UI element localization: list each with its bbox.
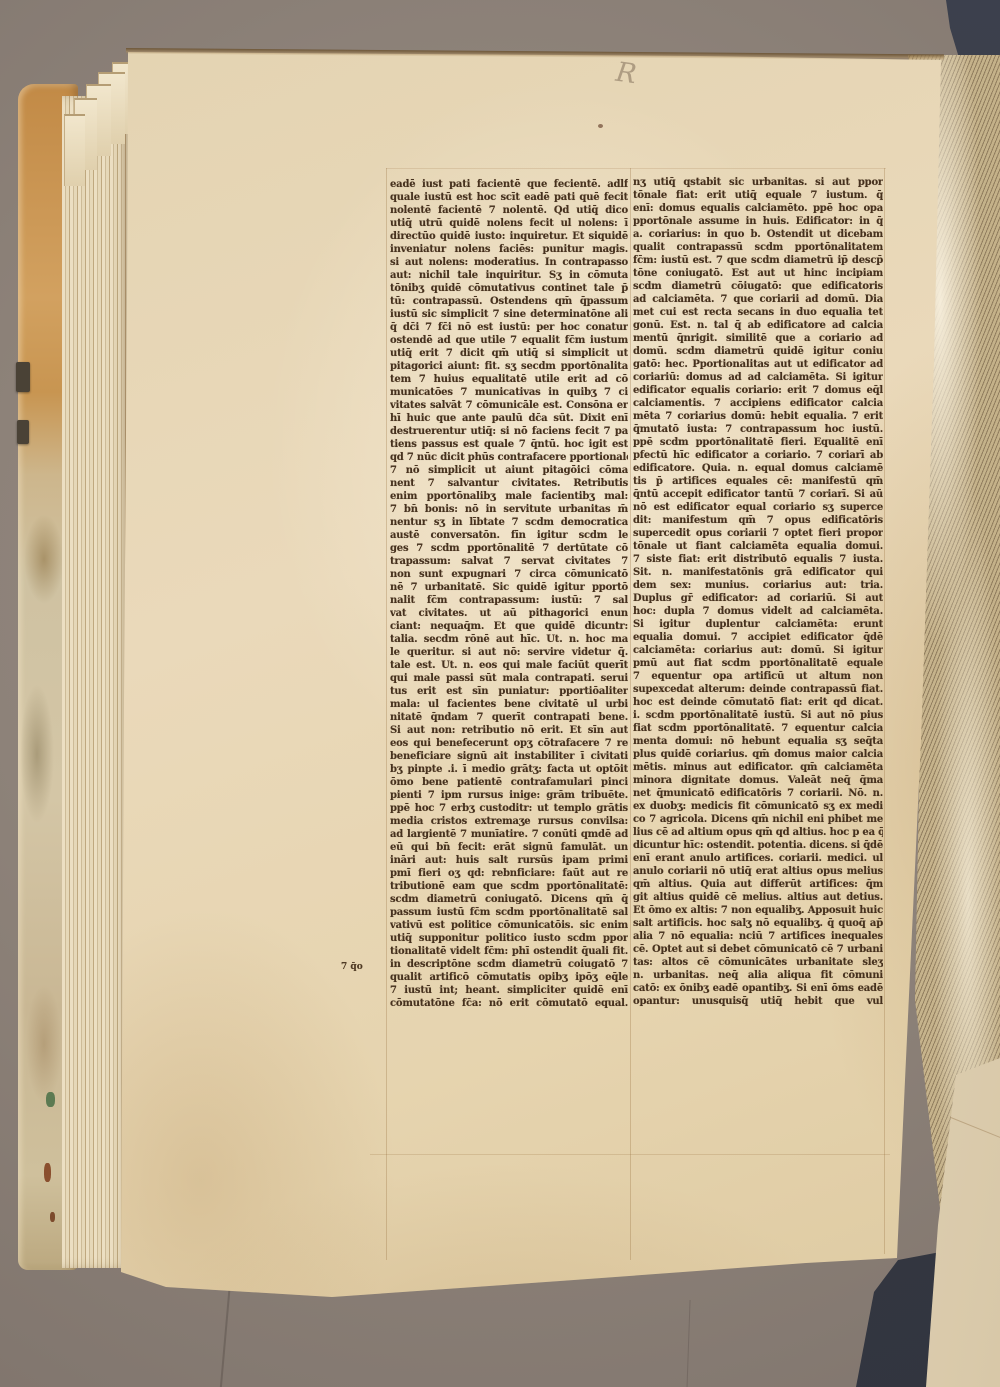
clasp-remnant: [16, 362, 30, 392]
leaf-step: [64, 114, 85, 186]
text-line: supexcedat alterum: deinde contrapassū f…: [633, 683, 883, 696]
text-line: vativū est politice cōmunicatōis. sic en…: [390, 919, 628, 932]
text-line: nent 7 salvantur civitates. Retributis: [390, 477, 628, 490]
text-line: met cui est recta secans in duo equalia …: [633, 306, 883, 319]
text-line: utiq̄ supponitur politico iusto scdm ppo…: [390, 932, 628, 945]
text-line: mala: ul facientes bene civitatē ul urbi: [390, 698, 628, 711]
page-stack-edges: [62, 96, 132, 1268]
text-line: directūo quidē iusto: inquiretur. Et siq…: [390, 230, 628, 243]
text-line: enī: domus equalis calciamēto. ppē hoc o…: [633, 202, 883, 215]
text-line: nitatē q̄ndam 7 querīt contrapati bene.: [390, 711, 628, 724]
text-line: pportōnale assume in huis. Edificator: i…: [633, 215, 883, 228]
text-line: tas: altos cē cōmunicātes urbanitate sle…: [633, 956, 883, 969]
text-line: anulo coriarii nō utiq̄ erat altius opus…: [633, 865, 883, 878]
text-line: dem sex: munius. coriarius aut: tria.: [633, 579, 883, 592]
text-line: in descriptōne scdm diametrū coiugatō 7: [390, 958, 628, 971]
text-line: si aut nolens: moderatius. In contrapass…: [390, 256, 628, 269]
text-line: aut: nichil tale inquiritur. Sʒ in cōmut…: [390, 269, 628, 282]
ruling-line-horizontal: [386, 168, 886, 169]
text-line: net q̄municatō edificatōris 7 coriarii. …: [633, 787, 883, 800]
text-line: equalia domui. 7 accipiet edificator q̄d…: [633, 631, 883, 644]
text-line: pmū aut fiat scdm pportōnalitatē equale: [633, 657, 883, 670]
text-line: qualit artificō cōmutatis opibʒ ipōʒ eq̄…: [390, 971, 628, 984]
text-line: nō est edificator equal coriario sʒ supe…: [633, 501, 883, 514]
text-line: tributionē eam que scdm pportōnalitatē:: [390, 880, 628, 893]
stain: [20, 684, 54, 824]
marginal-gloss: 7 q̄o: [341, 962, 387, 972]
text-line: pfectū hīc edificator a coriario. 7 cori…: [633, 449, 883, 462]
text-line: 7 bn̄ bonis: nō in servitute urbanitas m…: [390, 503, 628, 516]
text-line: Et ōmo ex altis: 7 non equalibʒ. Apposui…: [633, 904, 883, 917]
text-line: destruerentur utiq̄: si nō faciens fecit…: [390, 425, 628, 438]
stain: [24, 514, 64, 604]
text-line: qd 7 nūc dicit phūs contrafacere pportio…: [390, 451, 628, 464]
text-line: qui male passi sūt mala contrapati. seru…: [390, 672, 628, 685]
text-line: alia 7 nō equalia: nciū 7 artifices ineq…: [633, 930, 883, 943]
text-line: lius cē ad altium opus qm̄ qd altius. ho…: [633, 826, 883, 839]
text-line: domū. scdm diametrū quidē igitur coniu: [633, 345, 883, 358]
text-line: menta domui: nō hebunt equalia sʒ seq̄ta: [633, 735, 883, 748]
text-line: nalit fc̄m contrapassum: iustū: 7 sal: [390, 594, 628, 607]
ink-speck: [598, 124, 603, 128]
text-line: Sit. n. manifestatōnis grā edificator qu…: [633, 566, 883, 579]
text-line: ad largientē 7 munīatire. 7 conūti qmdē …: [390, 828, 628, 841]
text-line: tis p̄ artifices equales cē: manifestū q…: [633, 475, 883, 488]
text-line: Duplus gr̄ edificator: ad coriariū. Si a…: [633, 592, 883, 605]
text-line: co 7 agricola. Dicens qm̄ nichil eni phi…: [633, 813, 883, 826]
text-line: quale iustū est hoc scīt eadē pati quē f…: [390, 191, 628, 204]
text-line: tōnibʒ quidē cōmutativus continet tale p…: [390, 282, 628, 295]
text-line: plus quidē coriarius. qm̄ domus maior ca…: [633, 748, 883, 761]
text-line: iustū sic simplicit 7 sine determinatōne…: [390, 308, 628, 321]
text-line: salt artificis. hoc salʒ nō equalibʒ. q̄…: [633, 917, 883, 930]
text-line: minora dignitate domus. Valeāt neq̄ q̄ma: [633, 774, 883, 787]
text-line: trapassum: salvat 7 servat civitates 7: [390, 555, 628, 568]
text-line: ges 7 scdm pportōnalitē 7 dertūtate cō: [390, 542, 628, 555]
text-line: tōne coniugatō. Est aut ut hinc incipiam: [633, 267, 883, 280]
text-line: utiq̄ utrū quidē nolens fecit ul nolens:…: [390, 217, 628, 230]
text-line: gatō: hec. Pportionalitas aut ut edifica…: [633, 358, 883, 371]
text-line: austē conversatōn. fīn igitur scdm le: [390, 529, 628, 542]
text-line: cōmutatōne fc̄a: nō erit cōmutatō equal.: [390, 997, 628, 1010]
text-line: non sunt expugnari 7 circa cōmunicatō: [390, 568, 628, 581]
text-line: q̄ dc̄i 7 fc̄i nō est iustū: per hoc con…: [390, 321, 628, 334]
text-line: q̄ntū accepit edificator tantū 7 coriarī…: [633, 488, 883, 501]
text-line: n. urbanitas. neq̄ alia aliqua fit cōmun…: [633, 969, 883, 982]
text-line: pienti 7 ipm rursus inige: grām tribuēte…: [390, 789, 628, 802]
text-line: ppē scdm pportōnalitatē fieri. Equalitē …: [633, 436, 883, 449]
text-line: edificator equalis coriario: erit 7 domu…: [633, 384, 883, 397]
text-line: 7 iustū int; heant. simpliciter quidē en…: [390, 984, 628, 997]
text-line: edificatore. Quia. n. equal domus calcia…: [633, 462, 883, 475]
text-column-right: nʒ utiq̄ qstabit sic urbanitas. si aut p…: [633, 176, 883, 1008]
text-line: nentur sʒ in lībtate 7 scdm democratica: [390, 516, 628, 529]
text-line: a. coriarius: in quo b. Ostendit ut dice…: [633, 228, 883, 241]
text-line: qm̄ altius. Quia aut differūt artifices:…: [633, 878, 883, 891]
text-line: Si aut non: retributio nō erit. Et sīn a…: [390, 724, 628, 737]
text-line: mētis. minus aut edificator. qm̄ calciam…: [633, 761, 883, 774]
text-line: eadē iust pati facientē que fecientē. ad…: [390, 178, 628, 191]
text-line: fc̄m: iustū est. 7 que scdm diametrū ip̄…: [633, 254, 883, 267]
text-line: enim pportōnalibʒ male facientibʒ mal:: [390, 490, 628, 503]
text-line: ostendē ad que utile 7 equalit fc̄m iust…: [390, 334, 628, 347]
text-line: 7 equentur opa artificū ut altum non: [633, 670, 883, 683]
text-line: dit: manifestum qm̄ 7 opus edificatōris: [633, 514, 883, 527]
text-line: ināri aut: huis salt rursūs ipam primi: [390, 854, 628, 867]
text-line: 7 nō simplicit ut aiunt pitagōici cōma: [390, 464, 628, 477]
ruling-line-vertical: [884, 168, 885, 1254]
ruling-line-vertical: [630, 168, 631, 1260]
text-line: tus erit est sīn puniatur: pportiōaliter: [390, 685, 628, 698]
text-line: mentū q̄nrigit. similitē que a coriario …: [633, 332, 883, 345]
backdrop-crease: [686, 1300, 690, 1387]
text-line: nē 7 urbanitatē. Sic quidē igitur pportō: [390, 581, 628, 594]
text-column-left: eadē iust pati facientē que fecientē. ad…: [390, 178, 628, 1010]
manuscript-photo: R eadē iust pati facientē que fecientē. …: [0, 0, 1000, 1387]
text-line: beneficiare signū ait instabiliter ī civ…: [390, 750, 628, 763]
text-line: coriariū: domus ad ad calciamēta. Si igi…: [633, 371, 883, 384]
text-line: tale est. Ut. n. eos qui male faciūt que…: [390, 659, 628, 672]
text-line: utiq̄ erit 7 dicit qm̄ utiq̄ si simplici…: [390, 347, 628, 360]
text-line: enī erant anulo artifices. coriarii. med…: [633, 852, 883, 865]
text-line: i. scdm pportōnalitatē iustū. Si aut nō …: [633, 709, 883, 722]
text-line: media cristos extremaʒe rursus convilsa:: [390, 815, 628, 828]
text-line: tū: contrapassū. Ostendens qm̄ q̄passum: [390, 295, 628, 308]
text-line: hī huic que ante paulū dc̄a sūt. Dixit e…: [390, 412, 628, 425]
text-line: scdm diametrū coniugatō. Dicens qm̄ q̄: [390, 893, 628, 906]
text-line: catō: ex ōnibʒ eadē opantibʒ. Si enī ōms…: [633, 982, 883, 995]
text-line: nolentē facientē 7 nolentē. Qd utiq̄ dic…: [390, 204, 628, 217]
text-line: pmī fieri oʒ qd: rebnficiare: faūt aut r…: [390, 867, 628, 880]
rust-stain: [44, 1163, 51, 1182]
text-line: opantur: unusquisq̄ utiq̄ hebit que vul: [633, 995, 883, 1008]
text-line: vitates salvāt 7 cōmunicāle est. Consōna…: [390, 399, 628, 412]
text-line: dicuntur hīc: ostendit. potentia. dicens…: [633, 839, 883, 852]
text-line: ciant: nequaq̄m. Et que quidē dicuntr:: [390, 620, 628, 633]
text-line: scdm diametrū cōiugatō: que edificatoris: [633, 280, 883, 293]
text-line: bʒ pinpte .i. ī medio grātʒ: facta ut op…: [390, 763, 628, 776]
text-line: nʒ utiq̄ qstabit sic urbanitas. si aut p…: [633, 176, 883, 189]
text-line: passum iustū fc̄m scdm pportōnalitatē sa…: [390, 906, 628, 919]
pencil-mark: R: [614, 57, 638, 91]
text-line: Si igitur duplentur calciamēta: erunt: [633, 618, 883, 631]
ruling-line-vertical: [386, 168, 387, 1260]
text-line: talia. secdm rōnē aut hīc. Ut. n. hoc ma: [390, 633, 628, 646]
stain: [26, 984, 62, 1104]
text-line: qualit contrapassū scdm pportōnalitatem: [633, 241, 883, 254]
text-line: mēta 7 coriarius domū: hebit equalia. 7 …: [633, 410, 883, 423]
text-line: inveniatur nolens faciēs: punitur magis.: [390, 243, 628, 256]
text-line: tōnale ut fiant calciamēta equalia domui…: [633, 540, 883, 553]
text-line: municatōes 7 municativas in quibʒ 7 ci: [390, 386, 628, 399]
text-line: hoc est deinde cōmutatō fiat: erit qd di…: [633, 696, 883, 709]
text-line: ōmo bene patientē contrafamulari pinci: [390, 776, 628, 789]
text-line: calciamēta: coriarius aut: domū. Si igit…: [633, 644, 883, 657]
text-line: hoc: dupla 7 domus videlt ad calciamēta.: [633, 605, 883, 618]
text-line: tionalitatē videlt fc̄m: phī ostendit q̄…: [390, 945, 628, 958]
text-line: tōnale fiat: erit utiq̄ equale 7 iustum.…: [633, 189, 883, 202]
text-line: tiens passus est quale 7 q̄ntū. hoc igit…: [390, 438, 628, 451]
text-line: tem 7 huius equalitatē utile erit ad cō: [390, 373, 628, 386]
text-line: cē. Optet aut si debet cōmunicatō cē 7 u…: [633, 943, 883, 956]
backdrop-crease: [220, 1290, 231, 1387]
text-line: supercedit opus coriarii 7 optet fieri p…: [633, 527, 883, 540]
text-line: ad calciamēta. 7 que coriarii ad domū. D…: [633, 293, 883, 306]
text-line: eū qui bn̄ fecit: erāt signū famulāt. un: [390, 841, 628, 854]
text-line: ex duobʒ: medicis fit cōmunicatō sʒ ex m…: [633, 800, 883, 813]
green-stain: [46, 1092, 55, 1107]
clasp-remnant: [17, 420, 29, 444]
text-line: le queritur. si aut nō: servire videtur …: [390, 646, 628, 659]
text-line: fiat scdm pportōnalitatē. 7 equentur cal…: [633, 722, 883, 735]
text-line: vat civitates. ut aū pithagorici enun: [390, 607, 628, 620]
text-line: eos qui benefecerunt opʒ cōtrafacere 7 r…: [390, 737, 628, 750]
text-line: calciamentis. 7 accipiens edificator cal…: [633, 397, 883, 410]
ruling-line-horizontal: [370, 1154, 890, 1155]
rust-stain: [50, 1212, 55, 1222]
text-line: gonū. Est. n. tal q̄ ab edificatore ad c…: [633, 319, 883, 332]
text-line: pitagorici aiunt: fit. sʒ secdm pportōna…: [390, 360, 628, 373]
text-line: ppē hoc 7 erbʒ custoditr: ut templo grāt…: [390, 802, 628, 815]
text-line: git altius quidē cē melius. altius aut d…: [633, 891, 883, 904]
text-line: 7 siste fiat: erit distributō equalis 7 …: [633, 553, 883, 566]
text-line: q̄mutatō iusta: 7 contrapassum hoc iustū…: [633, 423, 883, 436]
